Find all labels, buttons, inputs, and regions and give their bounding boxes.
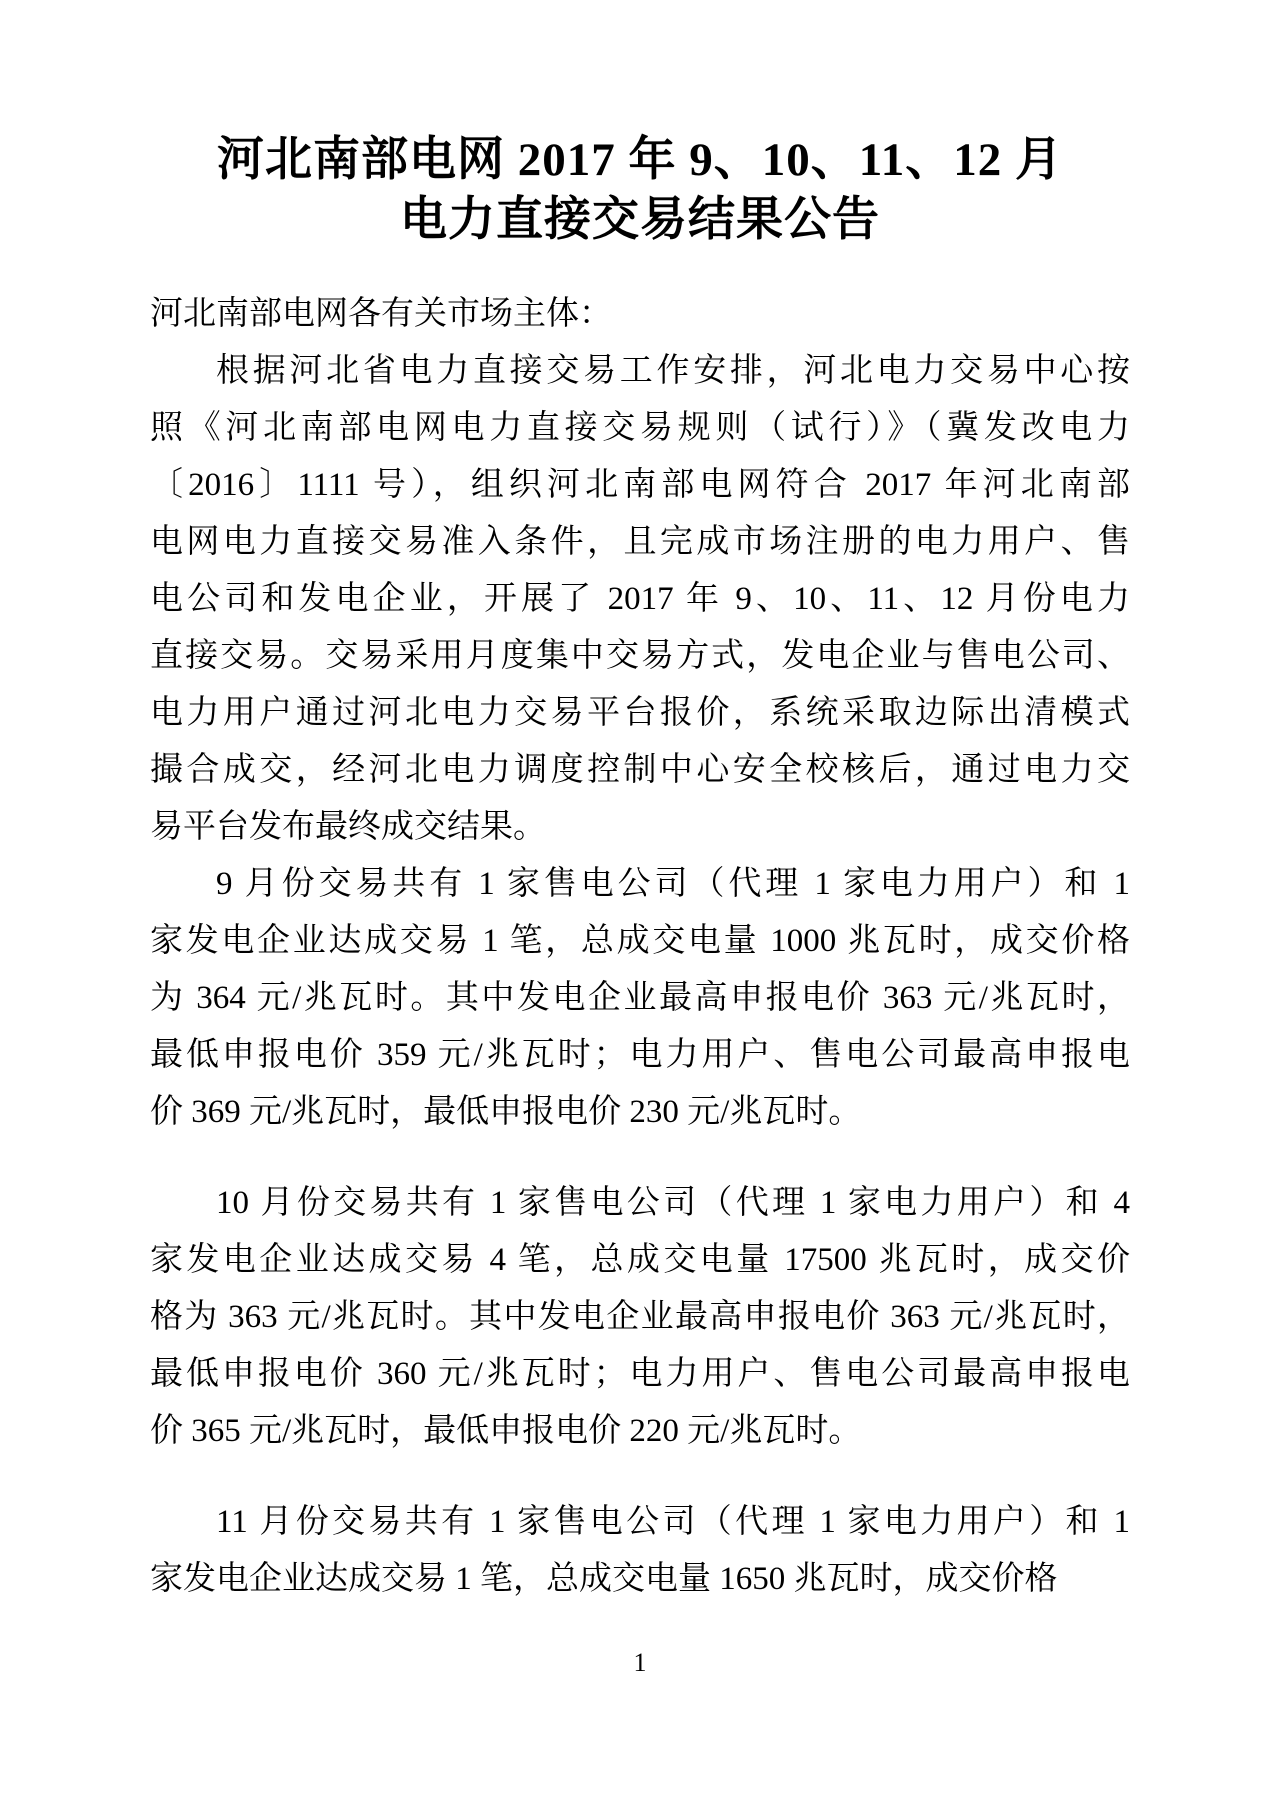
- text-line: 9 月份交易共有 1 家售电公司（代理 1 家电力用户）和 1: [150, 856, 1130, 913]
- text-line: 撮合成交，经河北电力调度控制中心安全校核后，通过电力交: [150, 742, 1130, 799]
- document-body: 河北南部电网各有关市场主体：根据河北省电力直接交易工作安排，河北电力交易中心按照…: [150, 286, 1130, 1608]
- document-title-line-2: 电力直接交易结果公告: [0, 190, 1280, 250]
- text-line: 最低申报电价 359 元/兆瓦时；电力用户、售电公司最高申报电: [150, 1027, 1130, 1084]
- text-line: 10 月份交易共有 1 家售电公司（代理 1 家电力用户）和 4: [150, 1175, 1130, 1232]
- paragraph-intro: 根据河北省电力直接交易工作安排，河北电力交易中心按照《河北南部电网电力直接交易规…: [150, 343, 1130, 856]
- text-line: 直接交易。交易采用月度集中交易方式，发电企业与售电公司、: [150, 628, 1130, 685]
- text-line: 〔2016〕1111 号），组织河北南部电网符合 2017 年河北南部: [150, 457, 1130, 514]
- paragraph-october-results: 10 月份交易共有 1 家售电公司（代理 1 家电力用户）和 4家发电企业达成交…: [150, 1175, 1130, 1460]
- paragraph-salutation: 河北南部电网各有关市场主体：: [150, 286, 1130, 343]
- text-line: 电公司和发电企业，开展了 2017 年 9、10、11、12 月份电力: [150, 571, 1130, 628]
- text-line: 家发电企业达成交易 1 笔，总成交电量 1000 兆瓦时，成交价格: [150, 913, 1130, 970]
- document-page: 河北南部电网 2017 年 9、10、11、12 月 电力直接交易结果公告 河北…: [0, 0, 1280, 1809]
- document-title-line-1: 河北南部电网 2017 年 9、10、11、12 月: [0, 130, 1280, 190]
- text-line: 格为 363 元/兆瓦时。其中发电企业最高申报电价 363 元/兆瓦时，: [150, 1289, 1130, 1346]
- text-line: 河北南部电网各有关市场主体：: [150, 286, 1130, 343]
- text-line: 家发电企业达成交易 1 笔，总成交电量 1650 兆瓦时，成交价格: [150, 1551, 1130, 1608]
- document-title: 河北南部电网 2017 年 9、10、11、12 月 电力直接交易结果公告: [0, 130, 1280, 250]
- text-line: 根据河北省电力直接交易工作安排，河北电力交易中心按: [150, 343, 1130, 400]
- text-line: 电力用户通过河北电力交易平台报价，系统采取边际出清模式: [150, 685, 1130, 742]
- text-line: 照《河北南部电网电力直接交易规则（试行）》（冀发改电力: [150, 400, 1130, 457]
- page-number: 1: [0, 1648, 1280, 1678]
- text-line: 电网电力直接交易准入条件，且完成市场注册的电力用户、售: [150, 514, 1130, 571]
- text-line: 11 月份交易共有 1 家售电公司（代理 1 家电力用户）和 1: [150, 1494, 1130, 1551]
- text-line: 价 369 元/兆瓦时，最低申报电价 230 元/兆瓦时。: [150, 1084, 1130, 1141]
- text-line: 最低申报电价 360 元/兆瓦时；电力用户、售电公司最高申报电: [150, 1346, 1130, 1403]
- text-line: 为 364 元/兆瓦时。其中发电企业最高申报电价 363 元/兆瓦时，: [150, 970, 1130, 1027]
- text-line: 家发电企业达成交易 4 笔，总成交电量 17500 兆瓦时，成交价: [150, 1232, 1130, 1289]
- paragraph-september-results: 9 月份交易共有 1 家售电公司（代理 1 家电力用户）和 1家发电企业达成交易…: [150, 856, 1130, 1141]
- text-line: 易平台发布最终成交结果。: [150, 799, 1130, 856]
- paragraph-november-results: 11 月份交易共有 1 家售电公司（代理 1 家电力用户）和 1家发电企业达成交…: [150, 1494, 1130, 1608]
- text-line: 价 365 元/兆瓦时，最低申报电价 220 元/兆瓦时。: [150, 1403, 1130, 1460]
